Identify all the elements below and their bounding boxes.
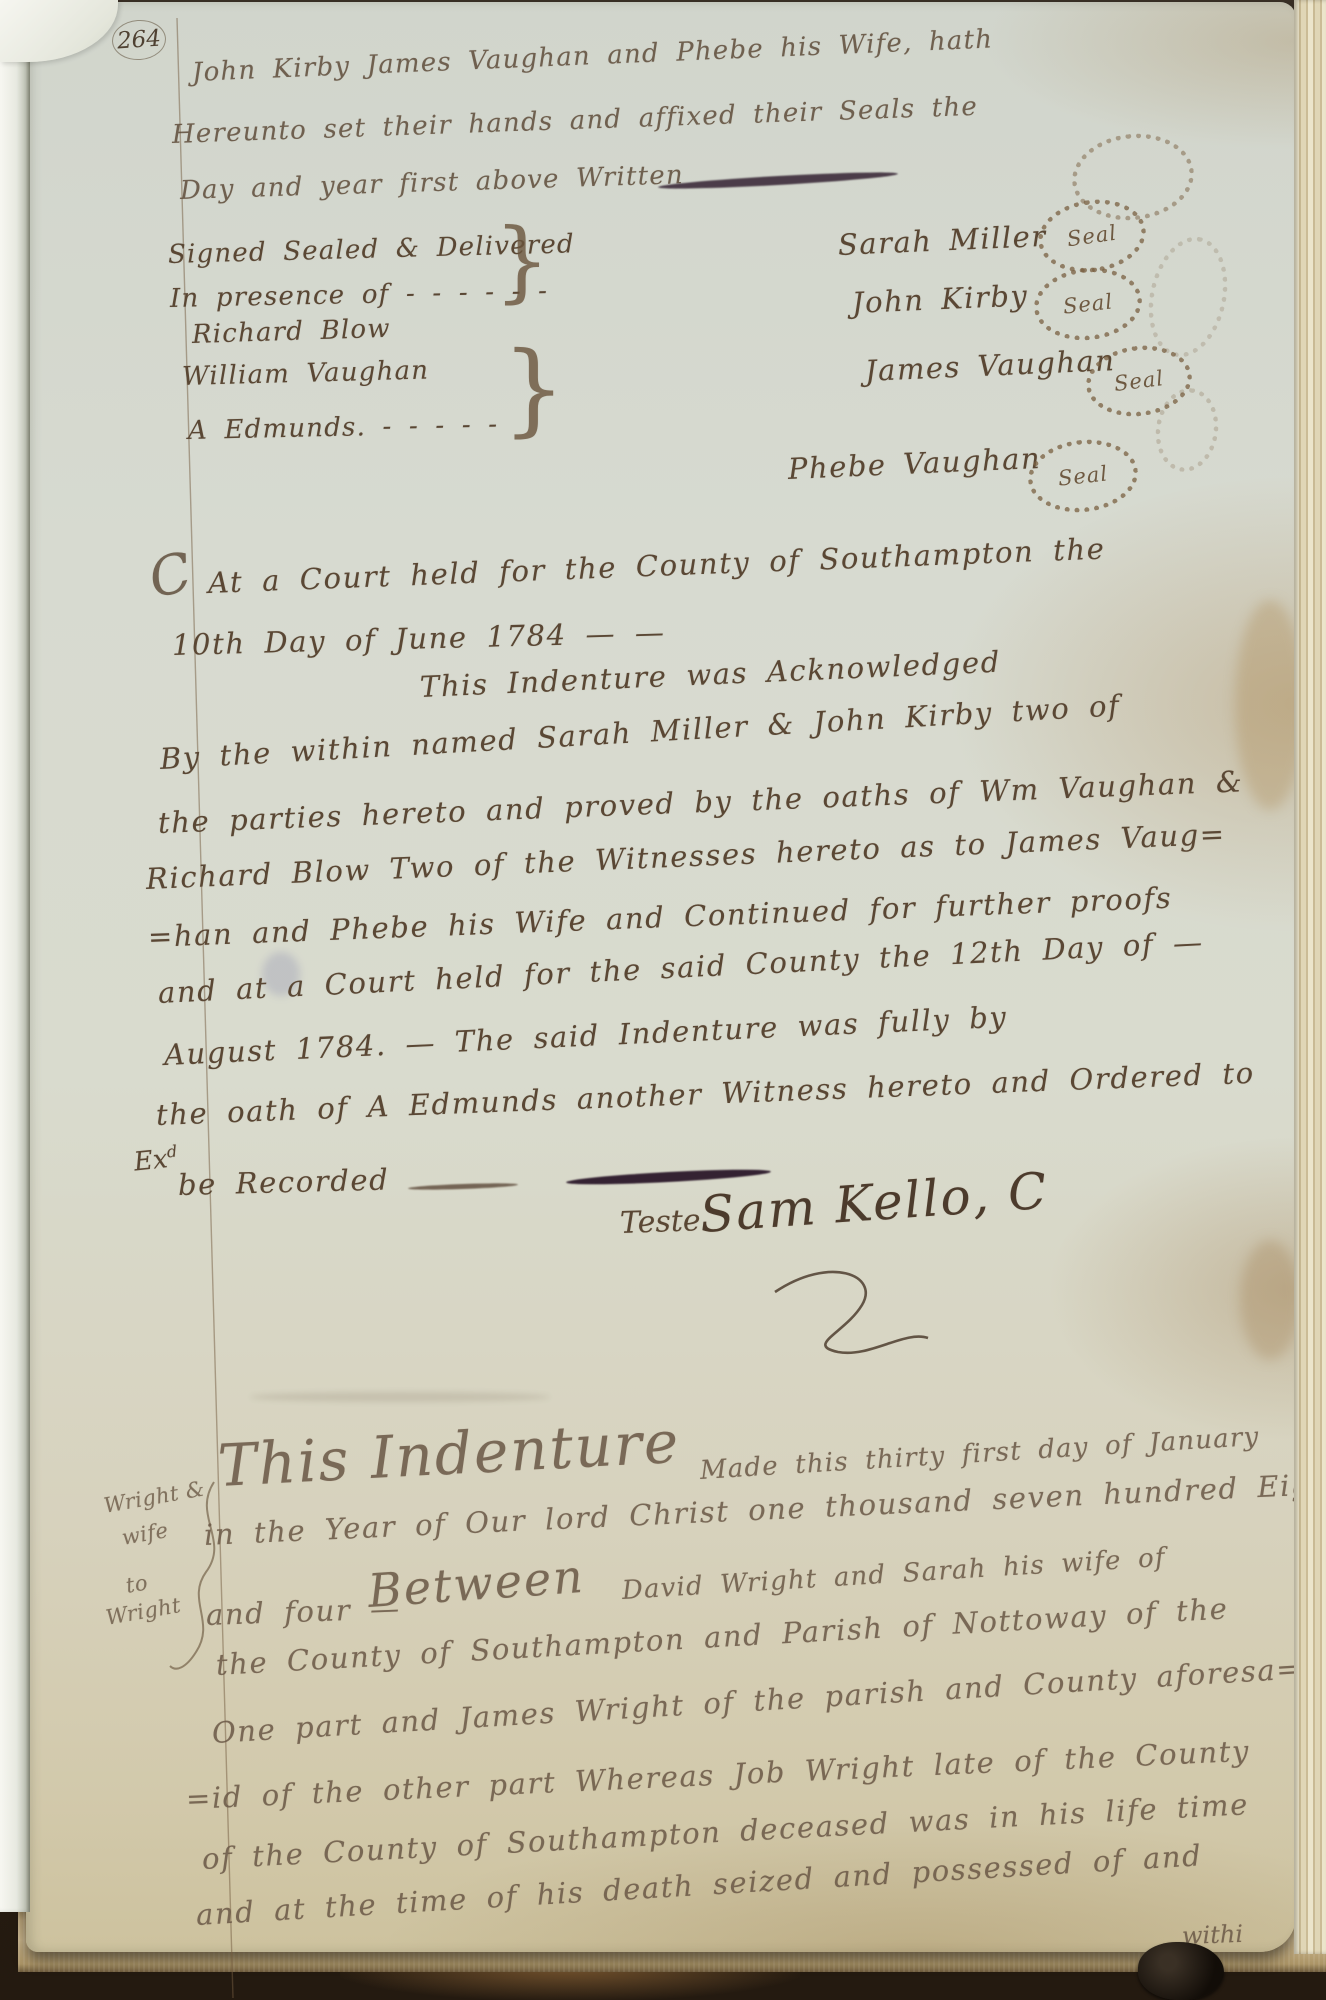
clerk-flourish (775, 1272, 928, 1353)
witness-brace: } (494, 224, 550, 299)
examined-superscript: d (166, 1141, 178, 1161)
teste-label: Teste (619, 1203, 701, 1241)
witness-line: Richard Blow (192, 314, 392, 350)
margin-brace-curve (170, 1482, 214, 1669)
seal-label: Seal (1057, 461, 1109, 490)
margin-note-line: to (124, 1570, 150, 1597)
margin-examined-mark: Exd (132, 1141, 179, 1177)
manuscript-book-photo: 264 John Kirby James Vaughan and Phebe h… (0, 0, 1326, 2000)
page-edge-right (1294, 0, 1326, 1954)
seal-label: Seal (1062, 289, 1114, 318)
page-number-text: 264 (116, 26, 162, 55)
witness-brace: } (502, 346, 566, 431)
ghost-ink (250, 1392, 550, 1402)
examined-text: Ex (133, 1144, 170, 1177)
seal-label: Seal (1113, 366, 1166, 396)
seal-label: Seal (1066, 221, 1119, 252)
page-edge-left (0, 0, 30, 1912)
book-clasp (1138, 1942, 1224, 2000)
court-record-line: be Recorded (178, 1162, 390, 1202)
